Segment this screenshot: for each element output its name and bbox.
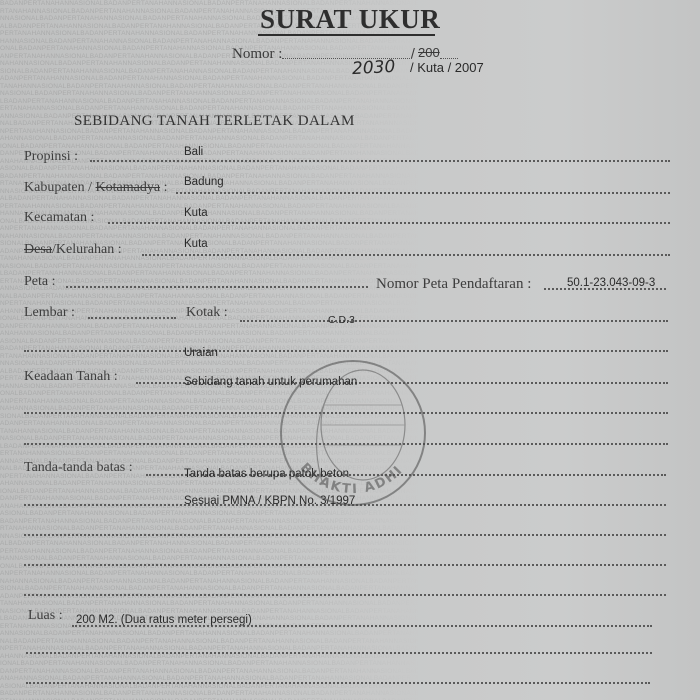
blank-line — [26, 682, 650, 684]
blank-line — [24, 350, 668, 352]
kecamatan-label: Kecamatan : — [24, 210, 94, 226]
lembar-label: Lembar : — [24, 305, 75, 321]
kabupaten-label-struck: Kotamadya — [96, 180, 161, 195]
tanda-batas-value-2: Sesuai PMNA / KBPN No. 3/1997 — [184, 495, 355, 507]
keadaan-tanah-label: Keadaan Tanah : — [24, 369, 118, 385]
kabupaten-value: Badung — [184, 176, 224, 188]
title-underline — [258, 34, 435, 36]
blank-line — [24, 412, 668, 414]
tanda-batas-label: Tanda-tanda batas : — [24, 460, 133, 476]
peta-label: Peta : — [24, 274, 56, 290]
kotak-value: C.D.3 — [328, 314, 355, 326]
kecamatan-value: Kuta — [184, 207, 208, 219]
keadaan-tanah-value: Sebidang tanah untuk perumahan — [184, 376, 357, 388]
kotak-label: Kotak : — [186, 305, 228, 321]
section-heading: SEBIDANG TANAH TERLETAK DALAM — [74, 113, 355, 130]
desa-label: Desa/Kelurahan : — [24, 242, 122, 258]
blank-line — [24, 534, 666, 536]
propinsi-label: Propinsi : — [24, 149, 78, 165]
blank-line — [24, 564, 666, 566]
luas-label: Luas : — [28, 608, 63, 624]
document-title: SURAT UKUR — [260, 4, 440, 35]
propinsi-line — [90, 160, 670, 162]
propinsi-value: Bali — [184, 146, 203, 158]
nomor-slash: / — [411, 45, 415, 61]
nomor-peta-value: 50.1-23.043-09-3 — [567, 277, 655, 289]
nomor-suffix: / Kuta / 2007 — [410, 60, 484, 75]
kabupaten-label: Kabupaten / Kotamadya : — [24, 180, 167, 196]
desa-label-struck: Desa — [24, 242, 52, 257]
luas-value: 200 M2. (Dua ratus meter persegi) — [76, 614, 252, 626]
kabupaten-label-main: Kabupaten / — [24, 180, 96, 195]
nomor-dotted-line-2 — [440, 48, 458, 59]
nomor-handwritten-number: 2030 — [352, 57, 396, 79]
nomor-peta-label: Nomor Peta Pendaftaran : — [376, 276, 531, 293]
lembar-line — [88, 317, 176, 319]
uraian-label: Uraian — [184, 347, 218, 359]
blank-line — [24, 594, 666, 596]
kabupaten-line — [176, 192, 670, 194]
nomor-struck-value: 200 — [418, 45, 440, 60]
kecamatan-line — [108, 222, 670, 224]
blank-line — [24, 443, 668, 445]
desa-label-main: /Kelurahan : — [52, 242, 122, 257]
kabupaten-label-colon: : — [160, 180, 167, 195]
kotak-line — [240, 320, 668, 322]
peta-line — [66, 286, 368, 288]
desa-value: Kuta — [184, 238, 208, 250]
desa-line — [142, 254, 670, 256]
nomor-label: Nomor : — [232, 46, 282, 63]
blank-line — [26, 652, 652, 654]
tanda-batas-value-1: Tanda batas berupa patok beton — [184, 468, 349, 480]
